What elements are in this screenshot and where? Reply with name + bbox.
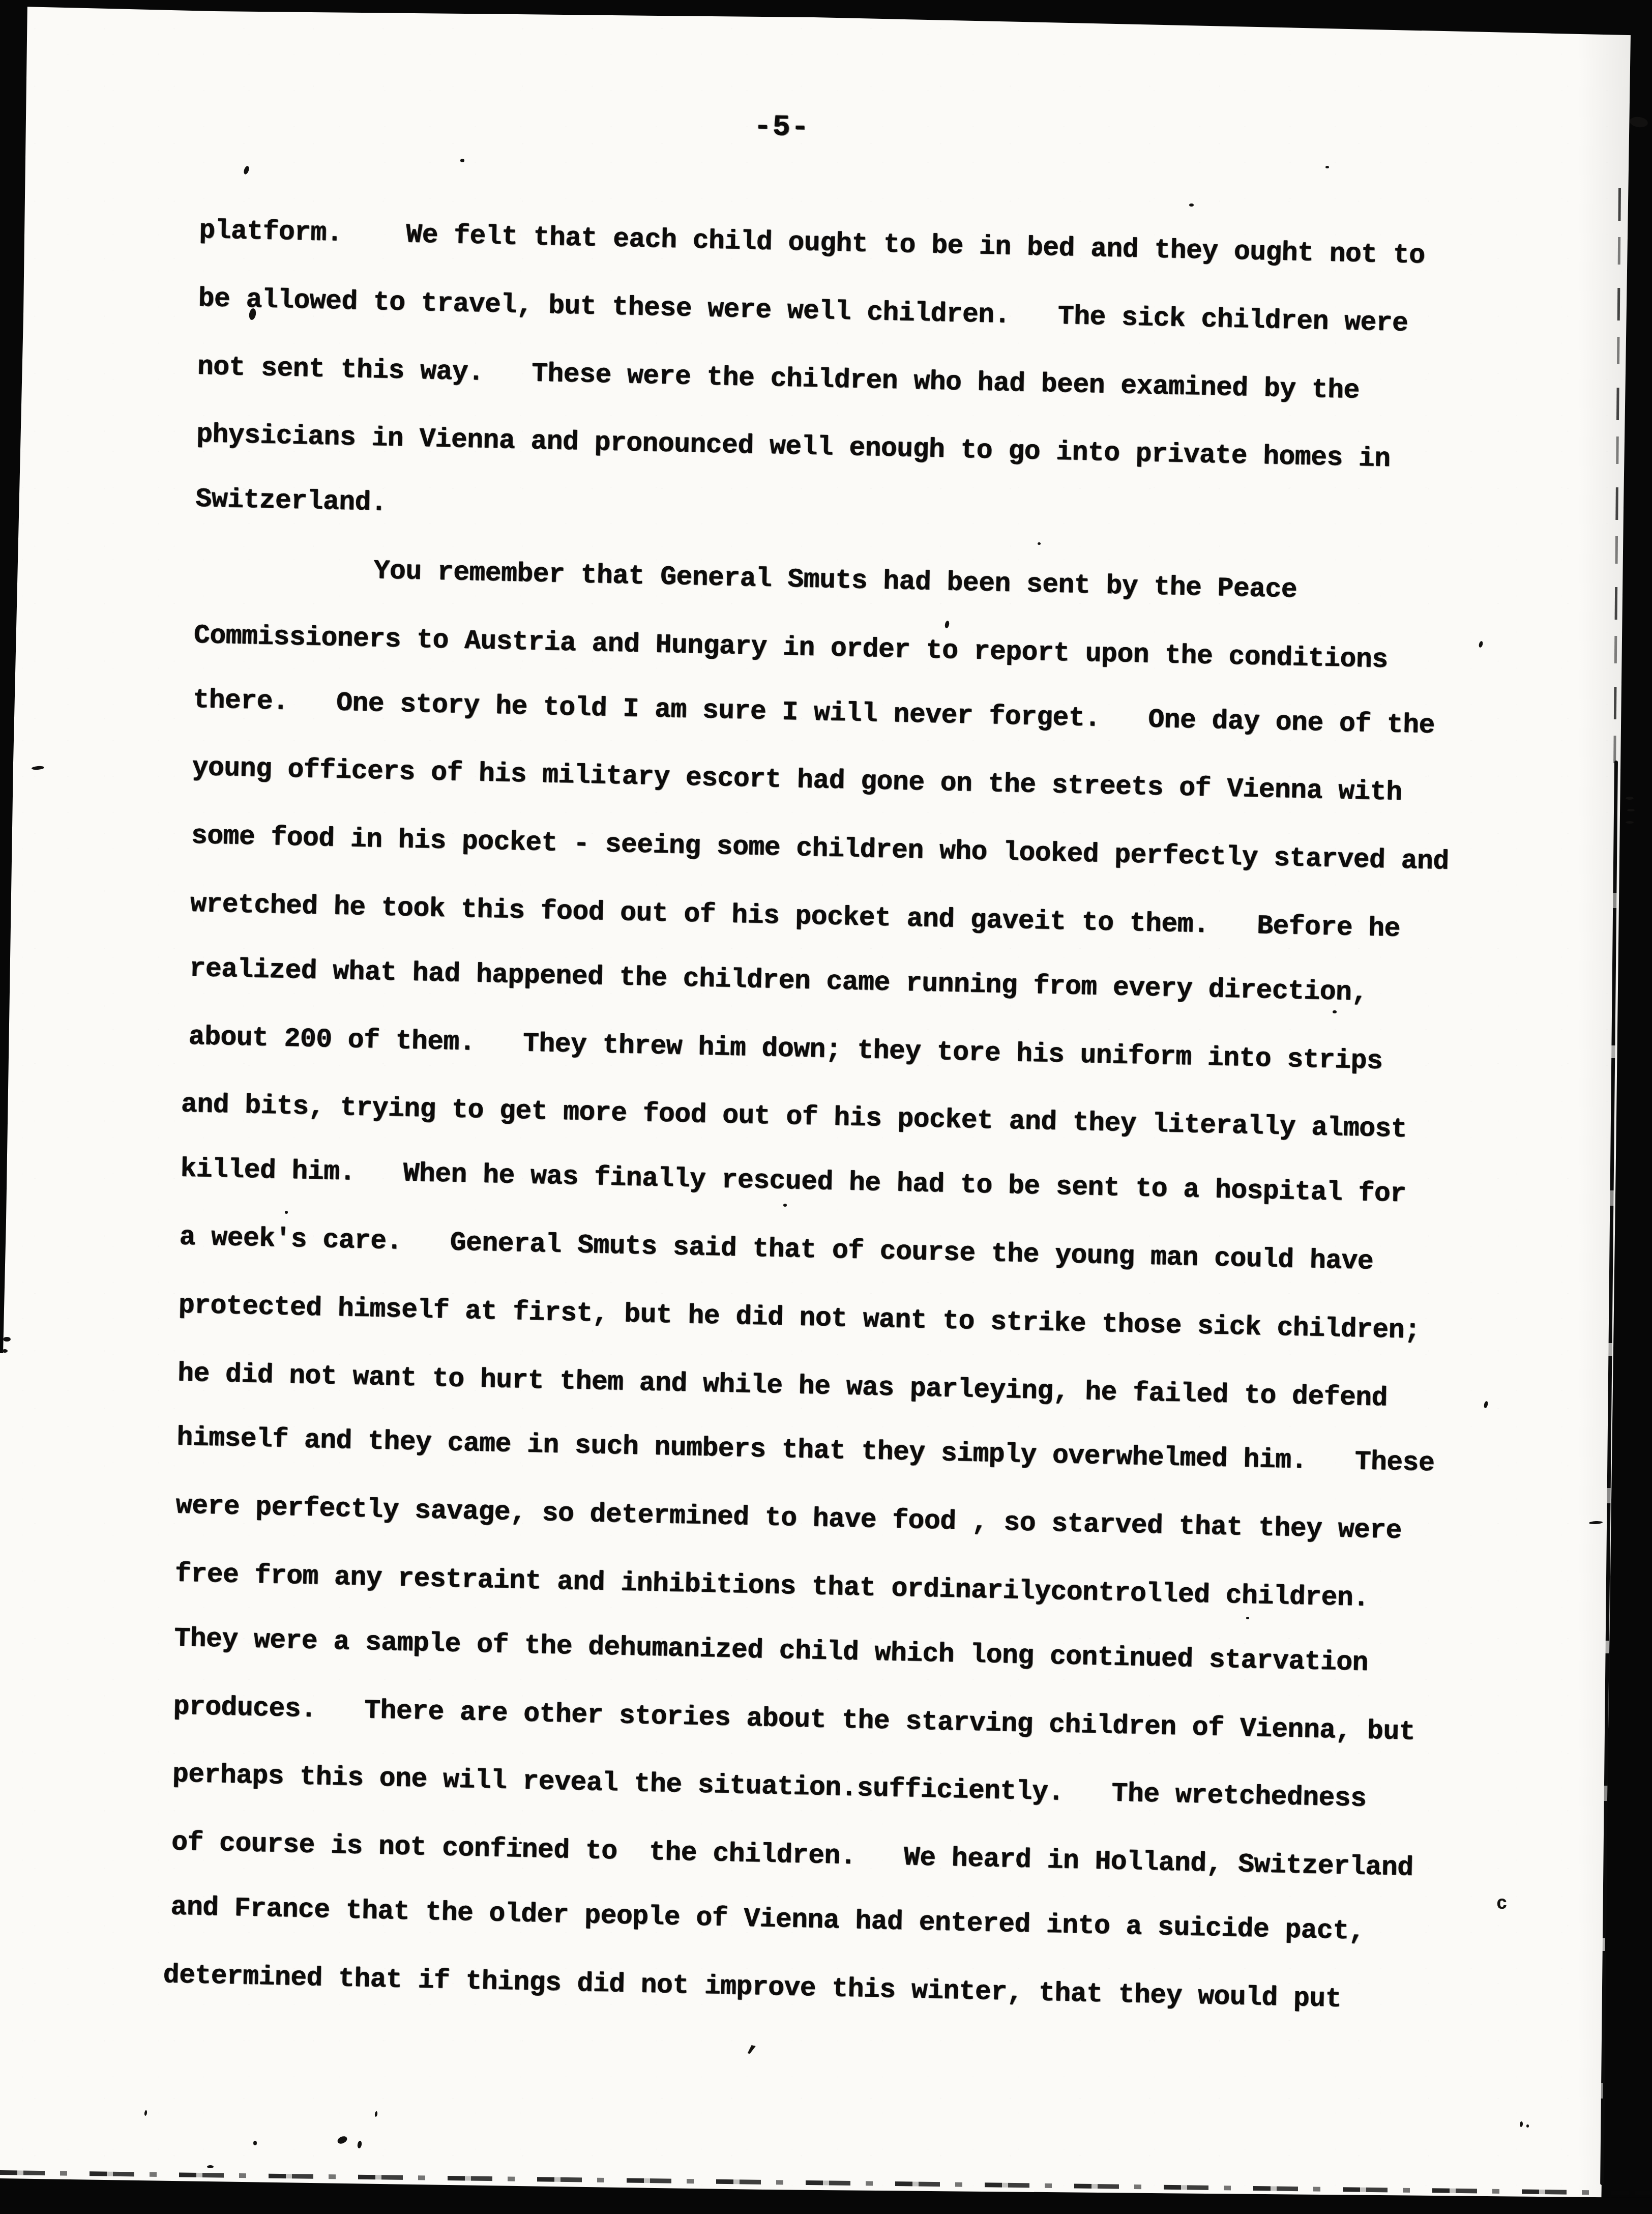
scan-binding-line-upper — [1613, 188, 1621, 768]
dust-speck — [460, 159, 464, 162]
dust-speck — [336, 2135, 348, 2145]
dust-speck — [1333, 1010, 1337, 1013]
typed-line: himself and they came in such numbers th… — [176, 1424, 1435, 1477]
typed-line: he did not want to hurt them and while h… — [178, 1360, 1388, 1412]
typed-line: there. One story he told I am sure I wil… — [193, 687, 1435, 739]
typed-line: realized what had happened the children … — [189, 955, 1368, 1007]
dust-speck — [519, 1842, 522, 1844]
typed-line: platform. We felt that each child ought … — [199, 217, 1425, 270]
dust-speck — [783, 1204, 787, 1207]
dust-speck — [253, 2141, 257, 2145]
typed-line: were perfectly savage, so determined to … — [175, 1492, 1402, 1545]
dust-speck — [1520, 2121, 1523, 2127]
dust-speck — [2, 1349, 8, 1353]
typed-line: determined that if things did not improv… — [163, 1962, 1341, 2013]
dust-speck — [243, 165, 250, 175]
typed-line: a week's care. General Smuts said that o… — [179, 1223, 1373, 1275]
stray-ink-letter: c — [1496, 1893, 1508, 1914]
dust-speck — [374, 2111, 377, 2117]
dust-speck — [32, 766, 45, 770]
dust-speck — [285, 1211, 288, 1214]
dust-speck — [207, 2165, 214, 2168]
dust-speck — [1038, 542, 1041, 545]
typed-line: of course is not confined to the childre… — [171, 1829, 1413, 1881]
dust-speck — [1626, 797, 1634, 800]
typed-line: wretched he took this food out of his po… — [190, 891, 1401, 943]
scanned-document-page: -5- platform. We felt that each child ou… — [0, 0, 1652, 2214]
dust-speck — [357, 2140, 362, 2148]
typed-line: physicians in Vienna and pronounced well… — [196, 421, 1391, 473]
dust-speck — [1626, 821, 1634, 824]
page-number: -5- — [753, 110, 810, 144]
typed-line: not sent this way. These were the childr… — [197, 354, 1360, 404]
dust-speck — [1189, 203, 1194, 207]
dust-speck — [1526, 2124, 1529, 2128]
scan-edge-top — [0, 0, 1652, 37]
typed-text-block: platform. We felt that each child ought … — [165, 219, 1504, 2056]
typed-line: protected himself at first, but he did n… — [178, 1292, 1420, 1344]
typed-line: free from any restraint and inhibitions … — [175, 1560, 1369, 1612]
typed-line: be allowed to travel, but these were wel… — [198, 285, 1408, 337]
scan-edge-bottom — [0, 2172, 1652, 2214]
typed-line: Commissioners to Austria and Hungary in … — [194, 622, 1388, 674]
typed-line: They were a sample of the dehumanized ch… — [174, 1625, 1368, 1676]
scan-edge-left — [0, 0, 31, 1353]
typed-line: and France that the older people of Vien… — [170, 1893, 1365, 1945]
typed-line: perhaps this one will reveal the situati… — [172, 1761, 1366, 1812]
typed-line: about 200 of them. They threw him down; … — [188, 1024, 1382, 1075]
dust-speck — [1589, 1521, 1603, 1524]
dust-speck — [1627, 809, 1635, 811]
dust-speck — [3, 1337, 11, 1342]
typed-line: young officers of his military escort ha… — [192, 754, 1402, 806]
dust-speck — [1325, 166, 1329, 168]
typed-line: some food in his pocket - seeing some ch… — [191, 823, 1449, 876]
typed-line: killed him. When he was finally rescued … — [180, 1156, 1406, 1208]
dust-speck — [1483, 1401, 1488, 1408]
typed-line: Switzerland. — [195, 486, 387, 517]
typed-line: You remember that General Smuts had been… — [373, 558, 1297, 603]
dust-speck — [144, 2110, 147, 2116]
typed-line: produces. There are other stories about … — [173, 1693, 1415, 1745]
typed-line: and bits, trying to get more food out of… — [181, 1091, 1407, 1144]
dust-speck — [1246, 1617, 1249, 1619]
